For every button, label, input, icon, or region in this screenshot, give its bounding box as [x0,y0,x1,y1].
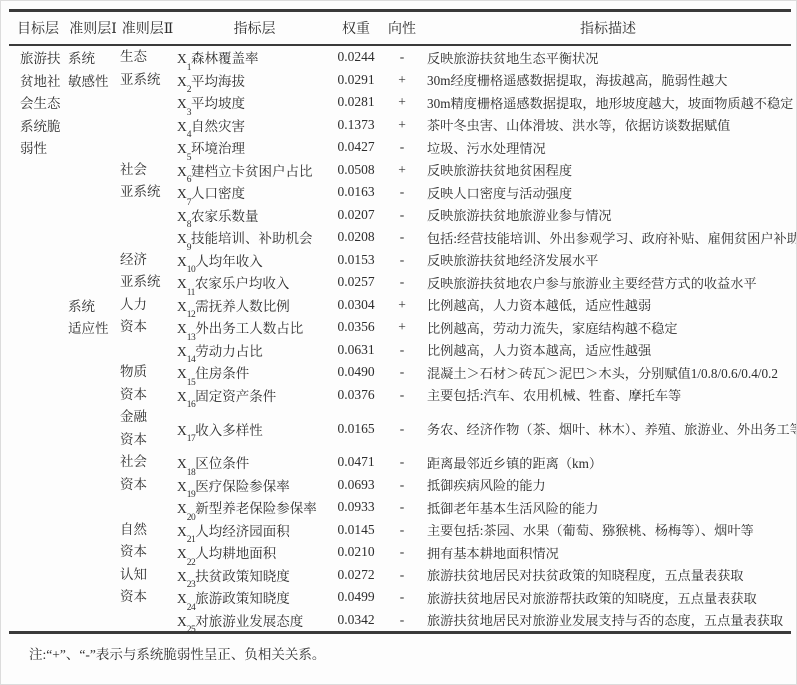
weight-cell: 0.0499 [333,589,379,605]
table-row: 系统脆 X4自然灾害 0.1373 + 茶叶冬虫害、山体滑坡、洪水等，依据访谈数… [9,114,791,137]
indicator-symbol: X [177,164,187,179]
indicator-subscript: 15 [187,378,196,388]
direction-cell: - [379,252,425,268]
table-row: 社会 X6建档立卡贫困户占比 0.0508 + 反映旅游扶贫地贫困程度 [9,159,791,182]
indicator-subscript: 25 [187,625,196,635]
indicator-symbol: X [177,479,187,494]
table-row: 金融 资本 X17收入多样性 0.0165 - 务农、经济作物（茶、烟叶、林木）… [9,406,791,451]
indicator-cell: X17收入多样性 [176,419,333,439]
header-direction: 向性 [379,18,425,38]
indicator-name: 人均经济园面积 [195,524,290,539]
direction-cell: - [379,207,425,223]
indicator-subscript: 11 [187,288,195,298]
indicator-subscript: 21 [187,535,196,545]
indicator-cell: X8农家乐数量 [176,205,333,225]
indicator-name: 收入多样性 [195,423,263,438]
indicator-symbol: X [177,389,187,404]
weight-cell: 0.0163 [333,184,379,200]
indicator-subscript: 22 [187,558,196,568]
weight-cell: 0.0207 [333,207,379,223]
weight-cell: 0.0145 [333,522,379,538]
table-row: X8农家乐数量 0.0207 - 反映旅游扶贫地旅游业参与情况 [9,204,791,227]
indicator-subscript: 12 [187,310,196,320]
indicator-cell: X4自然灾害 [176,115,333,135]
criterion2-cell: 资本 [119,586,176,609]
header-description: 指标描述 [425,18,791,38]
criterion1-cell: 系统 [67,47,119,67]
indicator-cell: X23扶贫政策知晓度 [176,565,333,585]
description-cell: 包括:经营技能培训、外出参观学习、政府补贴、雇佣贫困户补助 [425,228,797,247]
description-cell: 30m精度栅格遥感数据提取，地形坡度越大，坡面物质越不稳定 [425,93,793,112]
criterion2-cell: 资本 [119,474,176,497]
indicator-subscript: 14 [187,355,196,365]
direction-cell: + [379,319,425,335]
indicator-symbol: X [177,614,187,629]
table-row: 资本 X22人均耕地面积 0.0210 - 拥有基本耕地面积情况 [9,541,791,564]
table-row: 贫地社 敏感性 亚系统 X2平均海拔 0.0291 + 30m经度栅格遥感数据提… [9,69,791,92]
indicator-symbol: X [177,119,187,134]
indicator-cell: X13外出务工人数占比 [176,317,333,337]
table-row: 旅游扶 系统 生态 X1森林覆盖率 0.0244 - 反映旅游扶贫地生态平衡状况 [9,46,791,69]
indicator-name: 外出务工人数占比 [195,321,303,336]
indicator-symbol: X [177,276,187,291]
criterion2-cell: 经济 [119,249,176,272]
weight-cell: 0.0471 [333,454,379,470]
indicator-cell: X12需抚养人数比例 [176,295,333,315]
indicator-cell: X21人均经济园面积 [176,520,333,540]
description-cell: 反映旅游扶贫地贫困程度 [425,160,791,179]
indicator-cell: X9技能培训、补助机会 [176,227,333,247]
indicator-symbol: X [177,344,187,359]
indicator-subscript: 18 [187,468,196,478]
weight-cell: 0.0933 [333,499,379,515]
indicator-subscript: 13 [187,333,196,343]
criterion2-cell: 认知 [119,564,176,587]
criterion2-cell: 资本 [119,384,176,407]
indicator-name: 劳动力占比 [195,344,263,359]
indicator-name: 平均坡度 [191,96,245,111]
indicator-cell: X1森林覆盖率 [176,47,333,67]
weight-cell: 0.0693 [333,477,379,493]
indicator-subscript: 16 [187,400,196,410]
indicator-subscript: 24 [187,603,196,613]
direction-cell: - [379,184,425,200]
indicator-subscript: 3 [187,108,191,118]
indicator-cell: X15住房条件 [176,362,333,382]
indicator-subscript: 23 [187,580,196,590]
indicator-subscript: 19 [187,490,196,500]
criterion2-cell: 亚系统 [119,271,176,294]
criterion2-cell: 金融 资本 [119,406,176,451]
weight-cell: 0.0210 [333,544,379,560]
table-header-row: 目标层 准则层Ⅰ 准则层Ⅱ 指标层 权重 向性 指标描述 [9,9,791,46]
indicator-name: 旅游政策知晓度 [195,591,290,606]
criterion2-cell: 资本 [119,541,176,564]
indicator-name: 新型养老保险参保率 [195,501,317,516]
indicator-name: 建档立卡贫困户占比 [191,164,313,179]
indicator-name: 人口密度 [191,186,245,201]
direction-cell: - [379,522,425,538]
table-body: 旅游扶 系统 生态 X1森林覆盖率 0.0244 - 反映旅游扶贫地生态平衡状况… [9,46,791,634]
weight-cell: 0.0490 [333,364,379,380]
description-cell: 反映旅游扶贫地旅游业参与情况 [425,205,791,224]
indicator-symbol: X [177,186,187,201]
description-cell: 比例越高，人力资本越高，适应性越强 [425,340,791,359]
direction-cell: - [379,364,425,380]
table-row: 适应性 资本 X13外出务工人数占比 0.0356 + 比例越高，劳动力流失，家… [9,316,791,339]
indicator-symbol: X [177,254,187,269]
indicator-name: 农家乐户均收入 [195,276,290,291]
header-weight: 权重 [333,18,379,38]
table-row: 资本 X16固定资产条件 0.0376 - 主要包括:汽车、农用机械、牲畜、摩托… [9,384,791,407]
direction-cell: - [379,477,425,493]
indicator-name: 人均耕地面积 [195,546,276,561]
indicator-cell: X7人口密度 [176,182,333,202]
description-cell: 30m经度栅格遥感数据提取，海拔越高，脆弱性越大 [425,70,791,89]
criterion2-cell: 人力 [119,294,176,317]
indicator-symbol: X [177,96,187,111]
criterion2-cell: 社会 [119,159,176,182]
direction-cell: - [379,387,425,403]
description-cell: 反映旅游扶贫地农户参与旅游业主要经营方式的收益水平 [425,273,791,292]
description-cell: 拥有基本耕地面积情况 [425,543,791,562]
table-row: 弱性 X5环境治理 0.0427 - 垃圾、污水处理情况 [9,136,791,159]
indicator-symbol: X [177,141,187,156]
indicator-table: 目标层 准则层Ⅰ 准则层Ⅱ 指标层 权重 向性 指标描述 旅游扶 系统 生态 X… [9,9,791,663]
direction-cell: - [379,612,425,628]
indicator-name: 医疗保险参保率 [195,479,290,494]
weight-cell: 0.0342 [333,612,379,628]
indicator-cell: X10人均年收入 [176,250,333,270]
indicator-symbol: X [177,366,187,381]
criterion2-cell: 社会 [119,451,176,474]
target-layer-cell: 会生态 [9,92,67,112]
indicator-name: 住房条件 [195,366,249,381]
indicator-symbol: X [177,74,187,89]
weight-cell: 0.0376 [333,387,379,403]
weight-cell: 0.0508 [333,162,379,178]
indicator-subscript: 4 [187,130,191,140]
description-cell: 主要包括:茶园、水果（葡萄、猕猴桃、杨梅等）、烟叶等 [425,520,791,539]
criterion2-cell: 亚系统 [119,69,176,92]
table-row: 自然 X21人均经济园面积 0.0145 - 主要包括:茶园、水果（葡萄、猕猴桃… [9,519,791,542]
direction-cell: - [379,421,425,437]
direction-cell: - [379,544,425,560]
table-row: 经济 X10人均年收入 0.0153 - 反映旅游扶贫地经济发展水平 [9,249,791,272]
direction-cell: - [379,454,425,470]
indicator-subscript: 10 [187,265,196,275]
indicator-cell: X5环境治理 [176,137,333,157]
indicator-subscript: 17 [187,434,196,444]
description-cell: 比例越高，劳动力流失，家庭结构越不稳定 [425,318,791,337]
indicator-symbol: X [177,591,187,606]
description-cell: 旅游扶贫地居民对旅游业发展支持与否的态度，五点量表获取 [425,610,791,629]
direction-cell: - [379,589,425,605]
indicator-subscript: 7 [187,198,191,208]
table-row: X9技能培训、补助机会 0.0208 - 包括:经营技能培训、外出参观学习、政府… [9,226,791,249]
table-row: 认知 X23扶贫政策知晓度 0.0272 - 旅游扶贫地居民对扶贫政策的知晓程度… [9,564,791,587]
header-indicator-layer: 指标层 [176,18,333,38]
weight-cell: 0.1373 [333,117,379,133]
description-cell: 务农、经济作物（茶、烟叶、林木）、养殖、旅游业、外出务工等 [425,419,797,438]
indicator-cell: X16固定资产条件 [176,385,333,405]
table-row: X20新型养老保险参保率 0.0933 - 抵御老年基本生活风险的能力 [9,496,791,519]
target-layer-cell: 贫地社 [9,70,67,90]
direction-cell: + [379,94,425,110]
table-row: 亚系统 X7人口密度 0.0163 - 反映人口密度与活动强度 [9,181,791,204]
indicator-name: 人均年收入 [195,254,263,269]
table-row: X14劳动力占比 0.0631 - 比例越高，人力资本越高，适应性越强 [9,339,791,362]
description-cell: 抵御老年基本生活风险的能力 [425,498,791,517]
table-row: X25对旅游业发展态度 0.0342 - 旅游扶贫地居民对旅游业发展支持与否的态… [9,609,791,632]
indicator-cell: X14劳动力占比 [176,340,333,360]
table-row: 物质 X15住房条件 0.0490 - 混凝土＞石材＞砖瓦＞泥巴＞木头，分别赋值… [9,361,791,384]
direction-cell: - [379,229,425,245]
criterion1-cell: 系统 [67,295,119,315]
direction-cell: + [379,117,425,133]
indicator-name: 自然灾害 [191,119,245,134]
direction-cell: - [379,342,425,358]
weight-cell: 0.0427 [333,139,379,155]
description-cell: 垃圾、污水处理情况 [425,138,791,157]
indicator-symbol: X [177,524,187,539]
indicator-subscript: 5 [187,153,191,163]
criterion2-cell: 资本 [119,316,176,339]
target-layer-cell: 弱性 [9,137,67,157]
indicator-subscript: 20 [187,513,196,523]
target-layer-cell: 系统脆 [9,115,67,135]
table-row: 社会 X18区位条件 0.0471 - 距离最邻近乡镇的距离（km） [9,451,791,474]
indicator-name: 森林覆盖率 [191,51,259,66]
table-row: 资本 X19医疗保险参保率 0.0693 - 抵御疾病风险的能力 [9,474,791,497]
indicator-name: 平均海拔 [191,74,245,89]
indicator-symbol: X [177,299,187,314]
weight-cell: 0.0281 [333,94,379,110]
direction-cell: - [379,274,425,290]
indicator-subscript: 6 [187,175,191,185]
direction-cell: - [379,139,425,155]
header-target-layer: 目标层 [9,18,67,38]
weight-cell: 0.0165 [333,421,379,437]
direction-cell: - [379,499,425,515]
indicator-cell: X18区位条件 [176,452,333,472]
direction-cell: - [379,567,425,583]
table-row: 亚系统 X11农家乐户均收入 0.0257 - 反映旅游扶贫地农户参与旅游业主要… [9,271,791,294]
indicator-name: 区位条件 [195,456,249,471]
table-note: 注:“+”、“-”表示与系统脆弱性呈正、负相关关系。 [29,643,791,663]
indicator-cell: X3平均坡度 [176,92,333,112]
indicator-symbol: X [177,51,187,66]
criterion2-cell: 自然 [119,519,176,542]
indicator-subscript: 2 [187,85,191,95]
indicator-symbol: X [177,569,187,584]
indicator-name: 对旅游业发展态度 [195,614,303,629]
indicator-symbol: X [177,231,187,246]
description-cell: 茶叶冬虫害、山体滑坡、洪水等，依据访谈数据赋值 [425,115,791,134]
weight-cell: 0.0356 [333,319,379,335]
header-criterion-layer-2: 准则层Ⅱ [119,18,176,38]
weight-cell: 0.0272 [333,567,379,583]
table-row: 会生态 X3平均坡度 0.0281 + 30m精度栅格遥感数据提取，地形坡度越大… [9,91,791,114]
indicator-cell: X24旅游政策知晓度 [176,587,333,607]
description-cell: 距离最邻近乡镇的距离（km） [425,453,791,472]
indicator-cell: X25对旅游业发展态度 [176,610,333,630]
direction-cell: + [379,297,425,313]
indicator-subscript: 8 [187,220,191,230]
weight-cell: 0.0291 [333,72,379,88]
indicator-name: 需抚养人数比例 [195,299,290,314]
indicator-name: 环境治理 [191,141,245,156]
weight-cell: 0.0257 [333,274,379,290]
indicator-name: 技能培训、补助机会 [191,231,313,246]
criterion1-cell: 敏感性 [67,70,119,90]
weight-cell: 0.0208 [333,229,379,245]
weight-cell: 0.0304 [333,297,379,313]
table-row: 资本 X24旅游政策知晓度 0.0499 - 旅游扶贫地居民对旅游帮扶政策的知晓… [9,586,791,609]
indicator-symbol: X [177,546,187,561]
indicator-cell: X2平均海拔 [176,70,333,90]
description-cell: 反映旅游扶贫地经济发展水平 [425,250,791,269]
description-cell: 反映人口密度与活动强度 [425,183,791,202]
criterion2-cell: 生态 [119,46,176,69]
description-cell: 抵御疾病风险的能力 [425,475,791,494]
description-cell: 比例越高，人力资本越低，适应性越弱 [425,295,791,314]
indicator-name: 农家乐数量 [191,209,259,224]
indicator-symbol: X [177,423,187,438]
indicator-cell: X19医疗保险参保率 [176,475,333,495]
indicator-symbol: X [177,456,187,471]
weight-cell: 0.0244 [333,49,379,65]
table-row: 系统 人力 X12需抚养人数比例 0.0304 + 比例越高，人力资本越低，适应… [9,294,791,317]
criterion1-cell: 适应性 [67,317,119,337]
description-cell: 反映旅游扶贫地生态平衡状况 [425,48,791,67]
indicator-symbol: X [177,209,187,224]
weight-cell: 0.0153 [333,252,379,268]
direction-cell: + [379,72,425,88]
indicator-cell: X6建档立卡贫困户占比 [176,160,333,180]
criterion2-cell: 亚系统 [119,181,176,204]
weight-cell: 0.0631 [333,342,379,358]
header-criterion-layer-1: 准则层Ⅰ [67,18,119,38]
indicator-symbol: X [177,321,187,336]
indicator-name: 扶贫政策知晓度 [195,569,290,584]
indicator-symbol: X [177,501,187,516]
description-cell: 旅游扶贫地居民对扶贫政策的知晓程度，五点量表获取 [425,565,791,584]
indicator-cell: X20新型养老保险参保率 [176,497,333,517]
target-layer-cell: 旅游扶 [9,47,67,67]
indicator-subscript: 1 [187,63,191,73]
indicator-name: 固定资产条件 [195,389,276,404]
indicator-subscript: 9 [187,243,191,253]
description-cell: 混凝土＞石材＞砖瓦＞泥巴＞木头，分别赋值1/0.8/0.6/0.4/0.2 [425,363,791,382]
direction-cell: + [379,162,425,178]
description-cell: 主要包括:汽车、农用机械、牲畜、摩托车等 [425,385,791,404]
direction-cell: - [379,49,425,65]
criterion2-cell: 物质 [119,361,176,384]
description-cell: 旅游扶贫地居民对旅游帮扶政策的知晓度，五点量表获取 [425,588,791,607]
indicator-cell: X11农家乐户均收入 [176,272,333,292]
indicator-cell: X22人均耕地面积 [176,542,333,562]
